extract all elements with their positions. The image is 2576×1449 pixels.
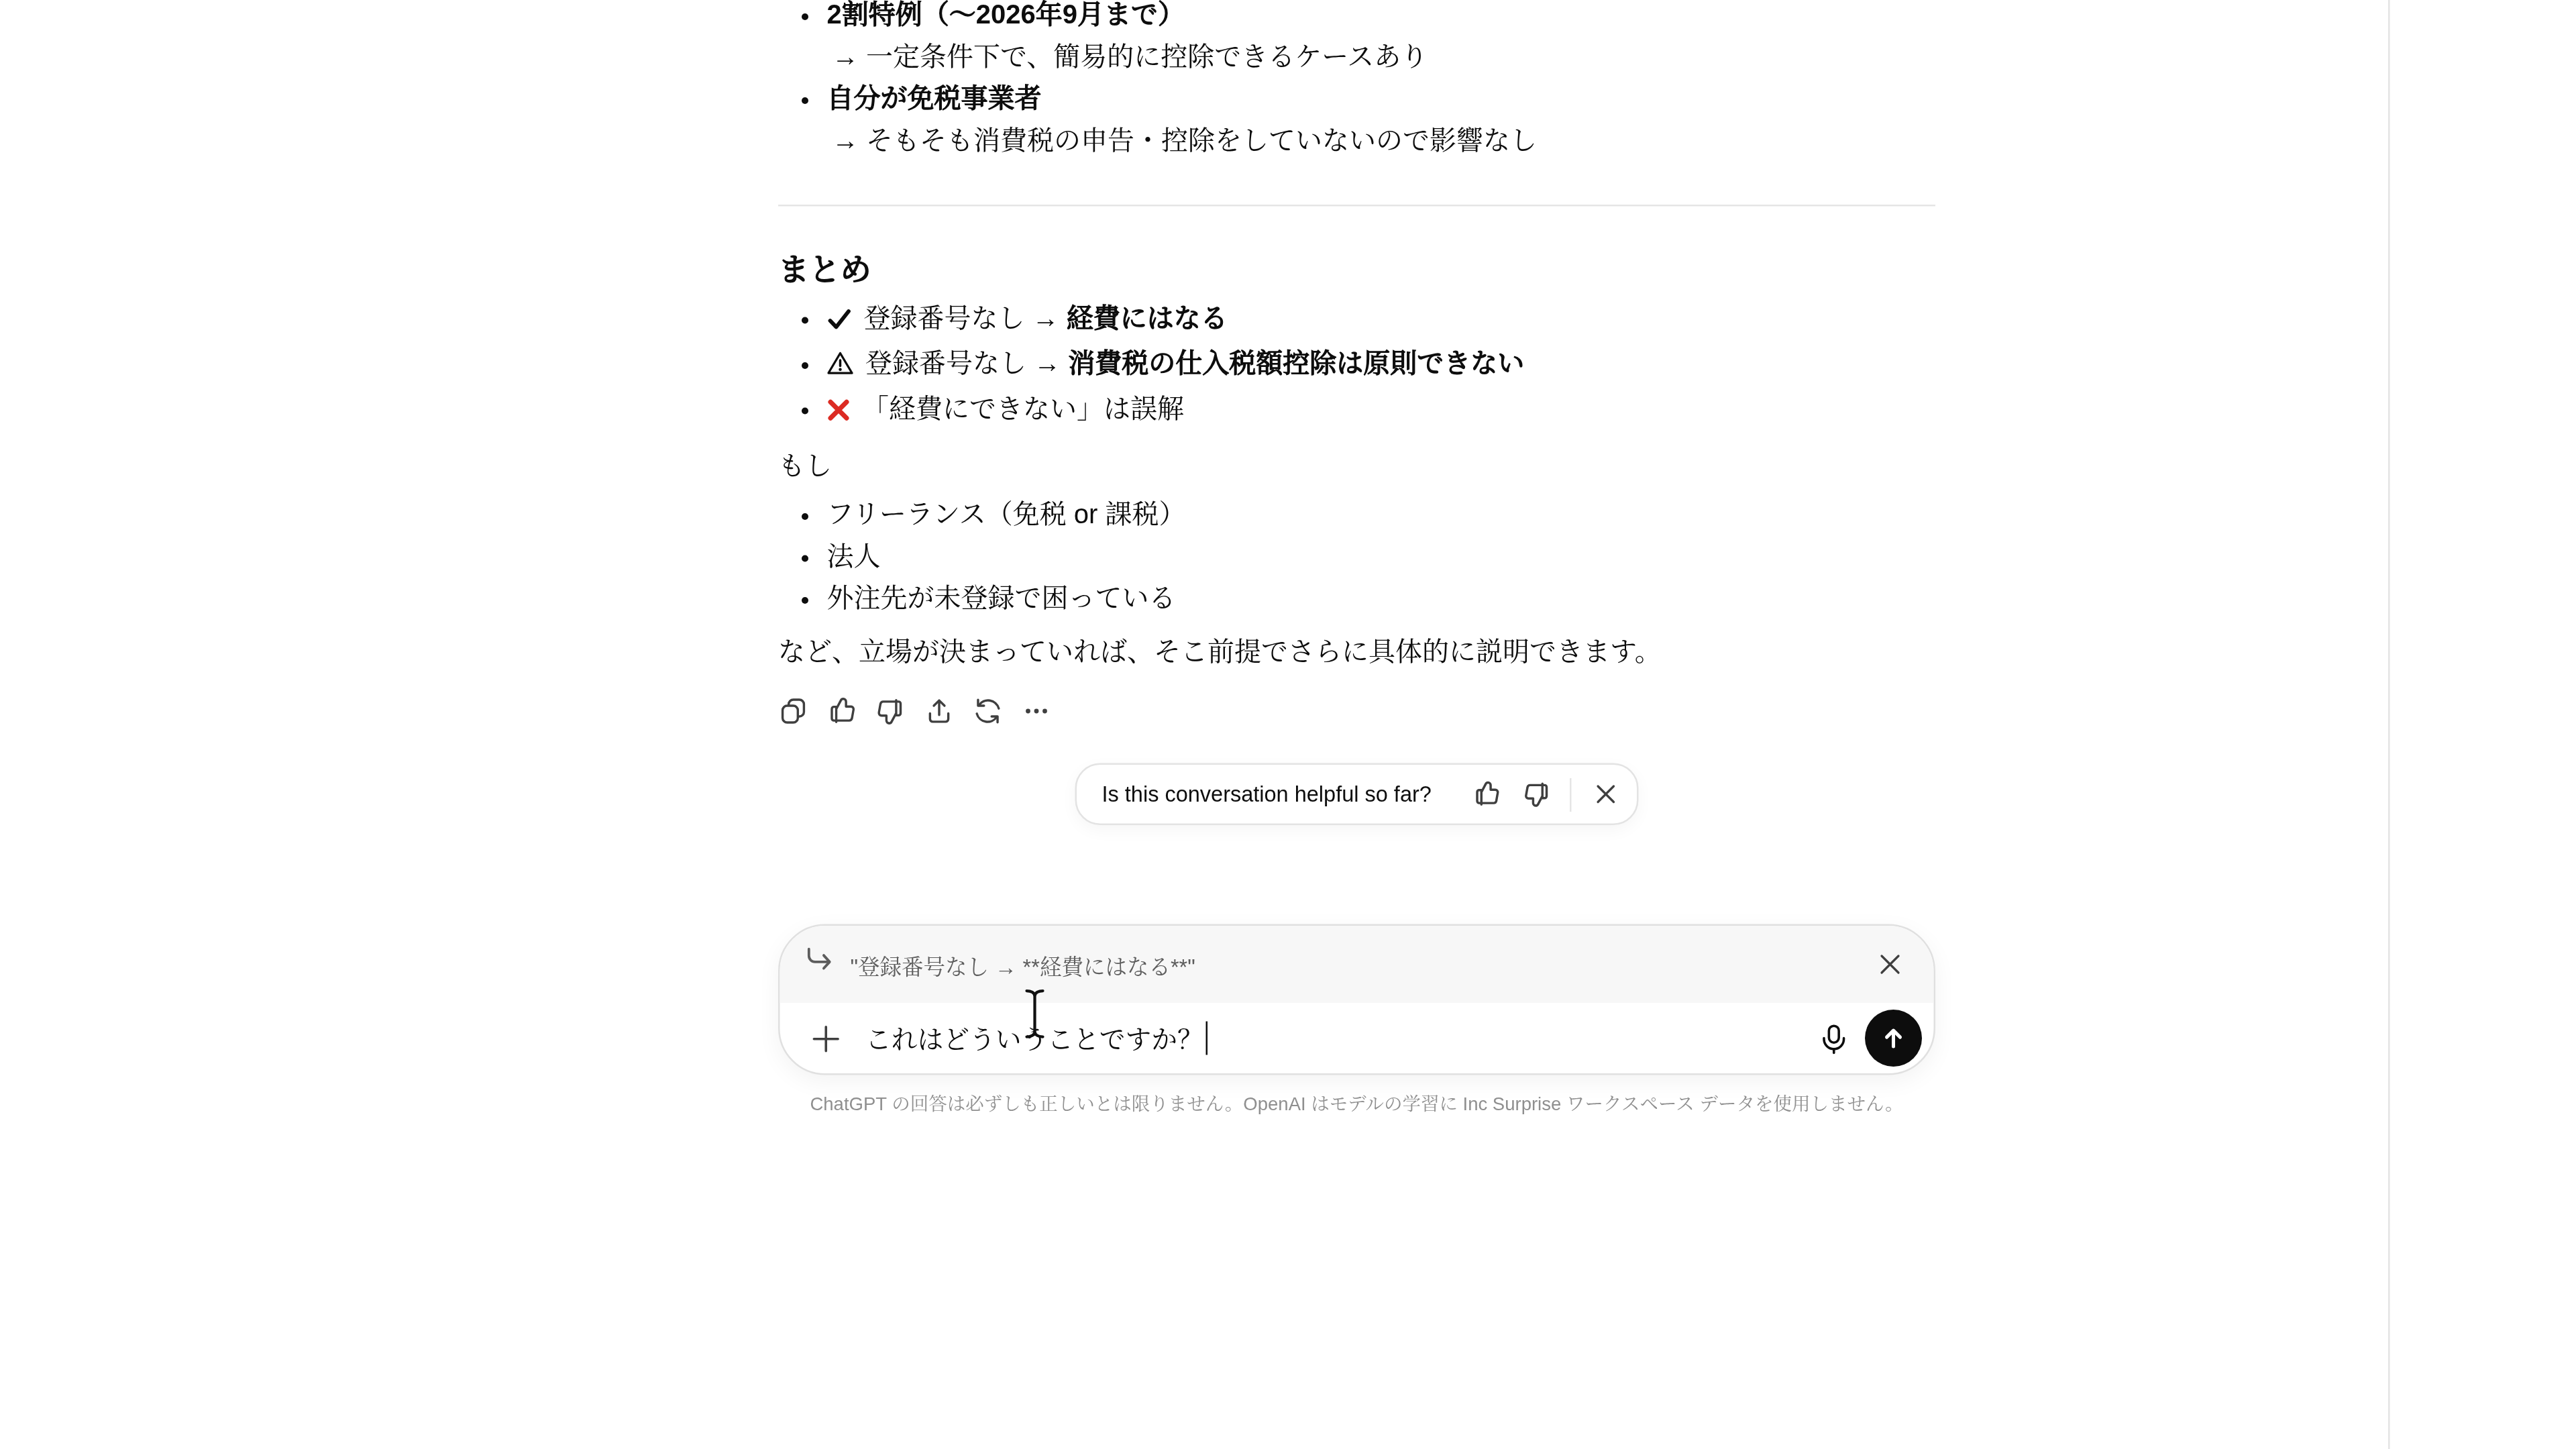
summary-bold: 経費にはなる [1067, 305, 1228, 334]
list-item: 外注先が未登録で困っている [778, 579, 1935, 621]
assistant-message: 2割特例（〜2026年9月まで） → 一定条件下で、簡易的に控除できるケースあり… [778, 0, 1935, 733]
reply-arrow-icon [804, 945, 836, 985]
copy-icon[interactable] [775, 690, 812, 733]
close-icon[interactable] [1583, 771, 1627, 818]
text-caret [1205, 1022, 1207, 1055]
mic-icon[interactable] [1808, 1013, 1858, 1063]
list-item: 自分が免税事業者 → そもそも消費税の申告・控除をしていないので影響なし [778, 79, 1935, 163]
send-button[interactable] [1865, 1010, 1922, 1067]
case-text: 法人 [827, 543, 881, 572]
share-icon[interactable] [921, 690, 958, 733]
chatgpt-page: 2割特例（〜2026年9月まで） → 一定条件下で、簡易的に控除できるケースあり… [0, 0, 2576, 1449]
list-item: 「経費にできない」は誤解 [778, 389, 1935, 435]
chatgpt-conversation-view: 2割特例（〜2026年9月まで） → 一定条件下で、簡易的に控除できるケースあり… [0, 0, 2576, 1449]
input-text: これはどういうことですか？ [865, 1020, 1203, 1057]
list-item: 2割特例（〜2026年9月まで） → 一定条件下で、簡易的に控除できるケースあり [778, 0, 1935, 79]
cross-icon [827, 392, 851, 435]
summary-list: 登録番号なし → 経費にはなる 登録番号なし → 消費税の仕入税額控除は原則でき… [778, 299, 1935, 435]
feedback-toast: Is this conversation helpful so far? [1075, 763, 1639, 826]
list-item-note: → 一定条件下で、簡易的に控除できるケースあり [832, 37, 1935, 79]
case-text: 外注先が未登録で困っている [827, 586, 1176, 614]
message-composer: "登録番号なし → **経費にはなる**" これはどういうことですか？ [778, 924, 1935, 1075]
summary-text: 登録番号なし → [864, 305, 1067, 334]
list-item: 登録番号なし → 消費税の仕入税額控除は原則できない [778, 344, 1935, 390]
list-item-note: → そもそも消費税の申告・控除をしていないので影響なし [832, 121, 1935, 163]
thumbs-down-icon[interactable] [1515, 771, 1558, 818]
attach-plus-icon[interactable] [802, 1015, 849, 1062]
list-item-title: 自分が免税事業者 [827, 86, 1042, 115]
more-options-icon[interactable] [1018, 690, 1055, 733]
case-list: フリーランス（免税 or 課税） 法人 外注先が未登録で困っている [778, 495, 1935, 621]
check-icon [827, 302, 853, 344]
summary-text: 「経費にできない」は誤解 [862, 396, 1184, 425]
closing-text: など、立場が決まっていれば、そこ前提でさらに具体的に説明できます。 [778, 633, 1935, 675]
quoted-reply-text: "登録番号なし → **経費にはなる**" [851, 949, 1854, 981]
regenerate-icon[interactable] [969, 690, 1006, 733]
list-item: フリーランス（免税 or 課税） [778, 495, 1935, 537]
thumbs-down-icon[interactable] [872, 690, 909, 733]
right-pane-divider [2388, 0, 2390, 1449]
warning-icon [827, 347, 854, 390]
summary-bold: 消費税の仕入税額控除は原則できない [1068, 351, 1524, 380]
feedback-controls [1464, 771, 1627, 818]
list-item-title: 2割特例（〜2026年9月まで） [827, 2, 1185, 31]
close-icon[interactable] [1868, 943, 1912, 986]
message-input[interactable]: これはどういうことですか？ [865, 1020, 1808, 1057]
feedback-question: Is this conversation helpful so far? [1102, 782, 1432, 807]
case-text: フリーランス（免税 or 課税） [827, 502, 1186, 531]
message-action-bar [775, 690, 1935, 733]
summary-heading: まとめ [778, 247, 1935, 294]
message-divider [778, 205, 1935, 207]
composer-input-row: これはどういうことですか？ [780, 1003, 1934, 1073]
conditional-intro: もし [778, 446, 1935, 488]
exception-list: 2割特例（〜2026年9月まで） → 一定条件下で、簡易的に控除できるケースあり… [778, 0, 1935, 163]
thumbs-up-icon[interactable] [824, 690, 861, 733]
summary-text: 登録番号なし → [865, 351, 1068, 380]
quoted-reply-bar: "登録番号なし → **経費にはなる**" [780, 926, 1934, 1003]
thumbs-up-icon[interactable] [1464, 771, 1508, 818]
list-item: 法人 [778, 537, 1935, 579]
toast-separator [1570, 777, 1572, 811]
disclaimer-text: ChatGPT の回答は必ずしも正しいとは限りません。OpenAI はモデルの学… [778, 1093, 1935, 1117]
list-item: 登録番号なし → 経費にはなる [778, 299, 1935, 344]
